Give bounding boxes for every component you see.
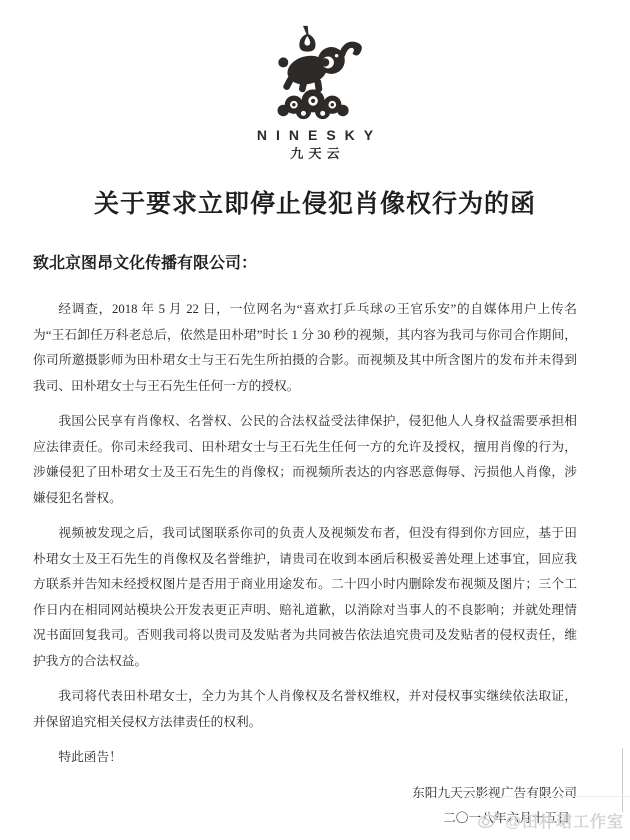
weibo-icon bbox=[477, 811, 501, 830]
scan-artifact-streak bbox=[460, 796, 630, 797]
brand-name-chinese: 九天云 bbox=[0, 146, 630, 162]
watermark-text: @田朴珺工作室 bbox=[505, 809, 624, 832]
addressee-line: 致北京图昂文化传播有限公司： bbox=[33, 250, 577, 273]
weibo-watermark: @田朴珺工作室 bbox=[477, 809, 624, 832]
company-logo: NINESKY 九天云 bbox=[0, 0, 630, 162]
closing-phrase: 特此函告！ bbox=[33, 745, 577, 771]
letter-body: 致北京图昂文化传播有限公司： 经调查，2018 年 5 月 22 日，一位网名为… bbox=[33, 250, 577, 832]
letter-paragraphs: 经调查，2018 年 5 月 22 日，一位网名为“喜欢打乒乓球の王官乐安”的自… bbox=[33, 297, 577, 735]
signature-company: 东阳九天云影视广告有限公司 bbox=[33, 781, 577, 807]
letter-paragraph: 视频被发现之后，我司试图联系你司的负责人及视频发布者，但没有得到你方回应，基于田… bbox=[33, 521, 577, 674]
letter-page: NINESKY 九天云 关于要求立即停止侵犯肖像权行为的函 致北京图昂文化传播有… bbox=[0, 0, 630, 840]
elephant-on-cloud-icon bbox=[257, 24, 373, 122]
letter-paragraph: 我国公民享有肖像权、名誉权、公民的合法权益受法律保护，侵犯他人人身权益需要承担相… bbox=[33, 409, 577, 511]
scan-artifact-line bbox=[622, 748, 623, 812]
letter-paragraph: 经调查，2018 年 5 月 22 日，一位网名为“喜欢打乒乓球の王官乐安”的自… bbox=[33, 297, 577, 399]
letter-title: 关于要求立即停止侵犯肖像权行为的函 bbox=[0, 184, 630, 220]
brand-name-english: NINESKY bbox=[0, 127, 630, 144]
letter-paragraph: 我司将代表田朴珺女士，全力为其个人肖像权及名誉权维权，并对侵权事实继续依法取证，… bbox=[33, 684, 577, 735]
